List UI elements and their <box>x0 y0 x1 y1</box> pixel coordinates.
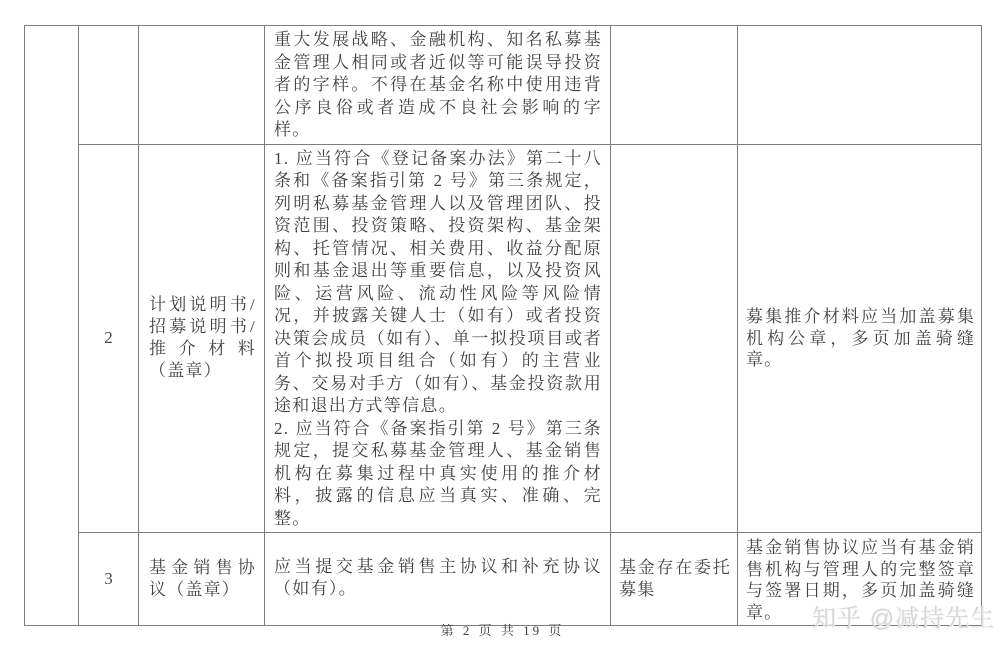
requirement-paragraph: 2. 应当符合《备案指引第 2 号》第三条规定，提交私募基金管理人、基金销售机构… <box>274 418 602 531</box>
condition-cell: 基金存在委托募集 <box>611 533 738 626</box>
requirement-paragraph: 重大发展战略、金融机构、知名私募基金管理人相同或者近似等可能误导投资者的字样。不… <box>274 29 602 142</box>
document-page: 重大发展战略、金融机构、知名私募基金管理人相同或者近似等可能误导投资者的字样。不… <box>0 0 1008 658</box>
category-merged-cell <box>25 26 79 626</box>
requirement-paragraph: 应当提交基金销售主协议和补充协议（如有）。 <box>274 556 602 601</box>
requirement-paragraph: 1. 应当符合《登记备案办法》第二十八条和《备案指引第 2 号》第三条规定，列明… <box>274 148 602 418</box>
requirement-cell: 重大发展战略、金融机构、知名私募基金管理人相同或者近似等可能误导投资者的字样。不… <box>265 26 611 145</box>
zhihu-watermark: 知乎 @减持先生 <box>812 598 995 633</box>
requirement-cell: 应当提交基金销售主协议和补充协议（如有）。 <box>265 533 611 626</box>
table-row: 2 计划说明书/招募说明书/推介材料（盖章） 1. 应当符合《登记备案办法》第二… <box>25 144 982 533</box>
row-number-cell: 3 <box>79 533 139 626</box>
note-cell <box>738 26 982 145</box>
note-cell: 募集推介材料应当加盖募集机构公章，多页加盖骑缝章。 <box>738 144 982 533</box>
document-name-cell: 基金销售协议（盖章） <box>139 533 265 626</box>
condition-cell <box>611 144 738 533</box>
document-name-cell: 计划说明书/招募说明书/推介材料（盖章） <box>139 144 265 533</box>
table-row: 重大发展战略、金融机构、知名私募基金管理人相同或者近似等可能误导投资者的字样。不… <box>25 26 982 145</box>
row-number-cell: 2 <box>79 144 139 533</box>
filing-requirements-table: 重大发展战略、金融机构、知名私募基金管理人相同或者近似等可能误导投资者的字样。不… <box>24 25 982 626</box>
condition-cell <box>611 26 738 145</box>
row-number-cell <box>79 26 139 145</box>
document-name-cell <box>139 26 265 145</box>
requirement-cell: 1. 应当符合《登记备案办法》第二十八条和《备案指引第 2 号》第三条规定，列明… <box>265 144 611 533</box>
